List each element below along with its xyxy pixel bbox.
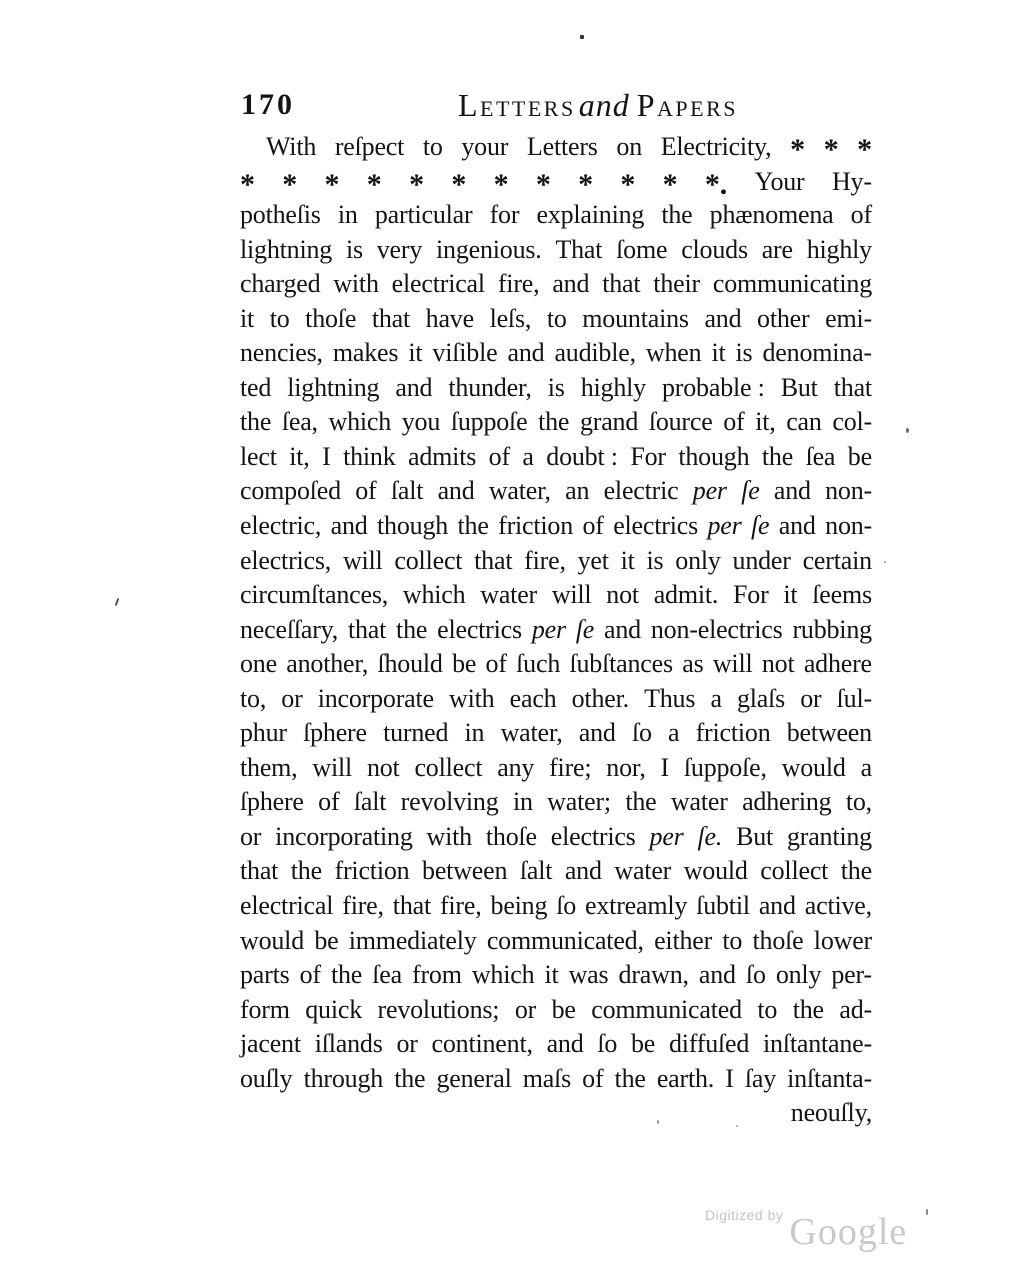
word: it — [240, 302, 254, 337]
word: ſhould — [377, 647, 442, 682]
word: have — [426, 302, 474, 337]
word: Your — [754, 165, 804, 200]
word: ſubtil — [696, 889, 750, 924]
word: electrics — [437, 613, 522, 648]
word: earth. — [657, 1062, 714, 1097]
word: is — [646, 544, 663, 579]
word: between — [787, 716, 872, 751]
word: per — [650, 820, 684, 855]
word: and — [552, 267, 589, 302]
word: But — [781, 371, 818, 406]
word: fire, — [440, 889, 482, 924]
word: on — [616, 130, 642, 165]
word: thoſe — [753, 924, 804, 959]
scan-speck — [115, 598, 120, 606]
scan-speck — [884, 561, 886, 563]
word: * — [282, 168, 297, 203]
word: and — [774, 474, 811, 509]
word: which — [403, 578, 466, 613]
word: * — [857, 133, 872, 168]
word: any — [497, 751, 534, 786]
text-line: chargedwithelectricalfire,andthattheirco… — [240, 267, 872, 302]
word: * — [409, 168, 424, 203]
word: communicated — [591, 993, 742, 1028]
word: I — [661, 751, 669, 786]
word: and — [604, 613, 641, 648]
word: ſome — [616, 233, 667, 268]
word: communicating — [713, 267, 872, 302]
word: of — [582, 509, 603, 544]
word: ſphere — [240, 785, 304, 820]
text-line: neceſſary,thattheelectricsperſeandnon-el… — [240, 613, 872, 648]
word: or — [281, 682, 302, 717]
word: between — [422, 854, 507, 889]
word: the — [458, 509, 489, 544]
word: electric — [604, 474, 679, 509]
word: the — [394, 1062, 425, 1097]
word: compoſed — [240, 474, 341, 509]
word: that — [240, 854, 278, 889]
word: glaſs — [737, 682, 785, 717]
word: lightning — [287, 371, 379, 406]
word: per- — [831, 958, 872, 993]
catchword: neouſly, — [240, 1096, 872, 1131]
word: revolutions; — [378, 993, 500, 1028]
word: the — [841, 854, 872, 889]
word: continent, — [432, 1027, 533, 1062]
word: electrics — [613, 509, 698, 544]
word: viſible — [432, 336, 497, 371]
word: * — [790, 133, 805, 168]
word: electrical — [392, 267, 485, 302]
word: and — [507, 336, 544, 371]
word: though — [678, 440, 749, 475]
watermark: Digitized byGoogle — [705, 1213, 907, 1251]
word: and — [579, 716, 616, 751]
word: communicated, — [487, 924, 644, 959]
running-title-word2: Papers — [637, 87, 738, 123]
word: think — [343, 440, 395, 475]
word: clouds — [681, 233, 748, 268]
word: ſalt — [354, 785, 386, 820]
word: and — [759, 889, 796, 924]
word: water — [671, 785, 728, 820]
word: potheſis — [240, 198, 321, 233]
word: ſea — [372, 958, 402, 993]
word: rubbing — [792, 613, 871, 648]
word: being — [491, 889, 548, 924]
word: extreamly — [585, 889, 687, 924]
text-line: electric,andthoughthefrictionofelectrics… — [240, 509, 872, 544]
word: with — [427, 820, 472, 855]
word: the — [538, 405, 569, 440]
word: certain — [803, 544, 872, 579]
word: very — [377, 233, 422, 268]
running-title-conjunction: and — [579, 87, 630, 123]
word: ſo — [746, 958, 766, 993]
word: that — [348, 613, 386, 648]
word: non- — [825, 509, 872, 544]
word: yet — [578, 544, 609, 579]
word: nor, — [606, 751, 645, 786]
word: ſea — [806, 440, 836, 475]
text-line: phurſphereturnedinwater,andſoafrictionbe… — [240, 716, 872, 751]
word: diffuſed — [669, 1027, 749, 1062]
scan-speck — [657, 1120, 659, 1124]
word: and — [699, 958, 736, 993]
word: to — [270, 302, 290, 337]
word: to — [757, 993, 777, 1028]
word: from — [412, 958, 462, 993]
word: ſubſtances — [569, 647, 672, 682]
word: ſource — [649, 405, 713, 440]
word: per — [532, 613, 566, 648]
word: ingenious. — [436, 233, 542, 268]
word: granting — [787, 820, 872, 855]
scanned-book-page: 170 LettersandPapers WithreſpecttoyourLe… — [0, 0, 1014, 1282]
word: you — [402, 405, 440, 440]
text-line: thatthefrictionbetweenſaltandwaterwouldc… — [240, 854, 872, 889]
word: fire, — [342, 889, 384, 924]
word: fire, — [498, 267, 540, 302]
word: * — [494, 168, 509, 203]
word: electrics — [551, 820, 636, 855]
word: of — [300, 958, 321, 993]
word: lect — [240, 440, 277, 475]
word: was — [569, 958, 609, 993]
running-title: LettersandPapers — [458, 89, 738, 121]
running-title-word1: Letters — [458, 87, 576, 123]
word: a — [522, 440, 533, 475]
word: in — [338, 198, 358, 233]
word: or — [240, 820, 261, 855]
word: and — [565, 854, 602, 889]
text-line: ittothoſethathaveleſs,tomountainsandothe… — [240, 302, 872, 337]
word: to — [547, 302, 567, 337]
word: would — [782, 751, 846, 786]
word: leſs, — [490, 302, 532, 337]
word: that — [834, 371, 872, 406]
word: water; — [547, 785, 611, 820]
word: of — [318, 785, 339, 820]
word: be — [848, 440, 872, 475]
word: not — [367, 751, 400, 786]
word: turned — [383, 716, 448, 751]
word: ſalt — [520, 854, 552, 889]
word: though — [377, 509, 448, 544]
word: water, — [489, 474, 551, 509]
word: highly — [807, 233, 872, 268]
word: ſul- — [837, 682, 872, 717]
word: which — [329, 405, 392, 440]
word: neouſly, — [791, 1096, 872, 1131]
word: nencies, — [240, 336, 323, 371]
text-line: compoſedofſaltandwater,anelectricperſean… — [240, 474, 872, 509]
text-line: electrics,willcollectthatfire,yetitisonl… — [240, 544, 872, 579]
word: their — [653, 267, 700, 302]
text-line: electricalfire,thatfire,beingſoextreamly… — [240, 889, 872, 924]
word: parts — [240, 958, 290, 993]
text-line: orincorporatingwiththoſeelectricsperſe.B… — [240, 820, 872, 855]
word: or — [515, 993, 536, 1028]
letter-body-text: WithreſpecttoyourLettersonElectricity,**… — [240, 129, 872, 1131]
word: not — [606, 578, 639, 613]
word: ſeems — [812, 578, 872, 613]
scan-speck — [580, 35, 584, 39]
word: revolving — [401, 785, 499, 820]
word: denomina- — [763, 336, 872, 371]
word: and — [438, 474, 475, 509]
word: another, — [286, 647, 368, 682]
word: collect — [394, 544, 462, 579]
word: with — [333, 267, 378, 302]
word: to, — [846, 785, 872, 820]
word: I — [322, 440, 330, 475]
word: maſs — [523, 1062, 571, 1097]
word: other — [757, 302, 809, 337]
word: water, — [501, 716, 563, 751]
word: friction — [696, 716, 771, 751]
word: thunder, — [448, 371, 531, 406]
word: collect — [414, 751, 482, 786]
word: it, — [755, 405, 775, 440]
word: to — [423, 130, 443, 165]
word: that — [602, 267, 640, 302]
word: to — [722, 924, 742, 959]
word: will — [312, 751, 352, 786]
word: would — [684, 854, 748, 889]
word: reſpect — [335, 130, 404, 165]
scan-speck — [926, 1209, 928, 1215]
word: quick — [305, 993, 362, 1028]
word: will — [343, 544, 383, 579]
word: and — [395, 371, 432, 406]
word: ſphere — [303, 716, 367, 751]
word: water — [480, 578, 537, 613]
word: them, — [240, 751, 298, 786]
word: charged — [240, 267, 320, 302]
word: Hy- — [832, 165, 872, 200]
word: ad- — [839, 993, 872, 1028]
text-line: wouldbeimmediatelycommunicated,eithertot… — [240, 924, 872, 959]
word: form — [240, 993, 290, 1028]
word: and — [331, 509, 368, 544]
word: for — [490, 198, 520, 233]
word: mountains — [582, 302, 689, 337]
word: non- — [825, 474, 872, 509]
word: are — [762, 233, 793, 268]
word: col- — [832, 405, 872, 440]
word: audible, — [554, 336, 635, 371]
word: phur — [240, 716, 287, 751]
word: For — [630, 440, 666, 475]
word: the — [625, 785, 656, 820]
word: to, — [240, 682, 266, 717]
word: ouſly — [240, 1062, 292, 1097]
word: probable : — [662, 371, 765, 406]
text-line: theſea,whichyouſuppoſethegrandſourceofit… — [240, 405, 872, 440]
word: the — [615, 1062, 646, 1097]
text-line: jacentiſlandsorcontinent,andſobediffuſed… — [240, 1027, 872, 1062]
word: an — [565, 474, 589, 509]
word: would — [240, 924, 304, 959]
word: per — [707, 509, 741, 544]
word: grand — [580, 405, 638, 440]
word: ſalt — [391, 474, 423, 509]
word: that — [474, 544, 512, 579]
word: With — [266, 130, 316, 165]
word: which — [472, 958, 535, 993]
word: friction — [498, 509, 573, 544]
word: * — [663, 168, 678, 203]
word: * — [620, 168, 635, 203]
word: the — [661, 198, 692, 233]
word: phænomena — [710, 198, 834, 233]
word: * — [824, 133, 839, 168]
word: per — [693, 474, 727, 509]
word: of — [489, 440, 510, 475]
word: either — [654, 924, 712, 959]
word: lightning — [240, 233, 332, 268]
word: * — [578, 168, 593, 203]
word: particular — [375, 198, 473, 233]
text-line: WithreſpecttoyourLettersonElectricity,**… — [240, 129, 872, 164]
word: inſtantane- — [763, 1027, 872, 1062]
word: Letters — [527, 130, 598, 165]
word: of — [851, 198, 872, 233]
word: iſlands — [315, 1027, 383, 1062]
word: when — [646, 336, 702, 371]
word: is — [736, 336, 753, 371]
word: that — [393, 889, 431, 924]
word: emi- — [825, 302, 872, 337]
word: electrics, — [240, 544, 331, 579]
word: be — [631, 1027, 655, 1062]
word: * — [451, 168, 466, 203]
word: it, — [289, 440, 309, 475]
word: water — [614, 854, 671, 889]
word: a — [710, 682, 721, 717]
word: immediately — [349, 924, 477, 959]
word: the — [331, 958, 362, 993]
word: adhere — [804, 647, 872, 682]
text-line: tedlightningandthunder,ishighlyprobable … — [240, 371, 872, 406]
text-line: to,orincorporatewitheachother.Thusaglaſs… — [240, 682, 872, 717]
word: makes — [333, 336, 398, 371]
word: each — [510, 682, 557, 717]
word: will — [552, 578, 592, 613]
word: collect — [760, 854, 828, 889]
word: lower — [814, 924, 872, 959]
page-number: 170 — [241, 90, 295, 120]
word: it — [544, 958, 558, 993]
word: ſo — [556, 889, 576, 924]
word: adhering — [742, 785, 831, 820]
word: or — [800, 682, 821, 717]
word: friction — [335, 854, 410, 889]
word: incorporate — [318, 682, 434, 717]
word: ſuch — [516, 647, 560, 682]
word: Electricity, — [661, 130, 772, 165]
word: of — [582, 1062, 603, 1097]
word: a — [861, 751, 872, 786]
word: and — [547, 1027, 584, 1062]
word: ted — [240, 371, 271, 406]
word: or — [396, 1027, 417, 1062]
word: drawn, — [619, 958, 689, 993]
word: I — [725, 1062, 733, 1097]
word: of — [486, 647, 507, 682]
word: the — [762, 440, 793, 475]
word: ſe — [576, 613, 594, 648]
word: and — [704, 302, 741, 337]
word: it — [711, 336, 725, 371]
word: electrical — [240, 889, 333, 924]
text-line: ouſlythroughthegeneralmaſsoftheearth.Iſa… — [240, 1062, 872, 1097]
word: inſtanta- — [787, 1062, 872, 1097]
word: ſuppoſe, — [684, 751, 767, 786]
word: with — [449, 682, 494, 717]
word: only — [776, 958, 821, 993]
watermark-prefix: Digitized by — [705, 1207, 783, 1223]
word: it — [621, 544, 635, 579]
text-line: partsoftheſeafromwhichitwasdrawn,andſoon… — [240, 958, 872, 993]
word: be — [552, 993, 576, 1028]
word: doubt : — [546, 440, 618, 475]
word: that — [372, 302, 410, 337]
word: is — [346, 233, 363, 268]
word: the — [291, 854, 322, 889]
word: in — [465, 716, 485, 751]
word: it — [783, 578, 797, 613]
word: other. — [572, 682, 629, 717]
word: under — [733, 544, 791, 579]
word: be — [452, 647, 476, 682]
word: fire; — [549, 751, 591, 786]
word: * — [240, 168, 255, 203]
word: is — [548, 371, 565, 406]
text-line: potheſisinparticularforexplainingthephæn… — [240, 198, 872, 233]
word: active, — [805, 889, 872, 924]
word: ſay — [745, 1062, 776, 1097]
word: will — [713, 647, 753, 682]
word: admits — [408, 440, 476, 475]
word: electric, — [240, 509, 321, 544]
word: through — [304, 1062, 383, 1097]
word: * — [367, 168, 382, 203]
word: ſo — [597, 1027, 617, 1062]
word: circumſtances, — [240, 578, 388, 613]
word: admit. — [654, 578, 719, 613]
scan-speck — [906, 428, 909, 433]
text-line: lectit,Ithinkadmitsofadoubt :Forthoughth… — [240, 440, 872, 475]
word: That — [555, 233, 602, 268]
word: incorporating — [275, 820, 412, 855]
google-logo: Google — [789, 1211, 907, 1253]
text-line: lightningisveryingenious.Thatſomecloudsa… — [240, 233, 872, 268]
word: in — [513, 785, 533, 820]
text-line: oneanother,ſhouldbeofſuchſubſtancesaswil… — [240, 647, 872, 682]
word: thoſe — [305, 302, 356, 337]
word: * — [325, 168, 340, 203]
text-line: circumſtances,whichwaterwillnotadmit.For… — [240, 578, 872, 613]
word: the — [396, 613, 427, 648]
word: as — [682, 647, 703, 682]
scan-speck — [736, 1125, 738, 1127]
word: a — [668, 716, 679, 751]
word: *. — [705, 168, 727, 203]
word: ſe — [751, 509, 769, 544]
